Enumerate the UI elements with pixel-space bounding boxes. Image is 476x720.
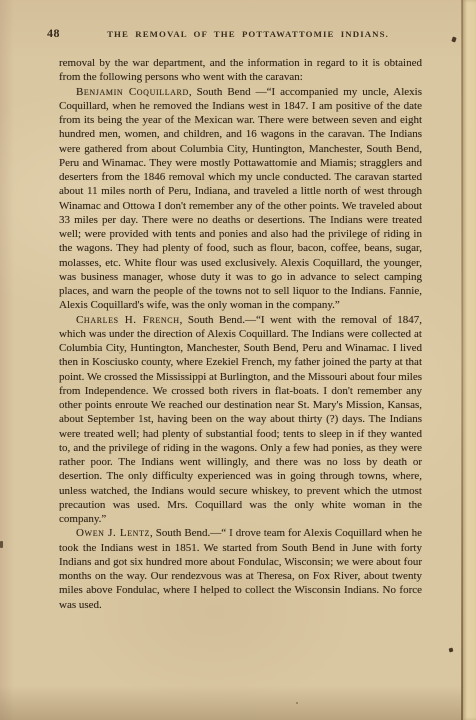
- running-title: THE REMOVAL OF THE POTTAWATTOMIE INDIANS…: [90, 29, 406, 39]
- speaker-name: Owen J. Lentz: [76, 527, 150, 539]
- scan-speck: [296, 702, 298, 704]
- page-edge-margin: [462, 0, 476, 720]
- paragraph-intro: removal by the war department, and the i…: [59, 56, 422, 85]
- page-number: 48: [47, 26, 60, 41]
- speaker-name: Charles H. French: [76, 314, 180, 326]
- scanned-book-page: 48 THE REMOVAL OF THE POTTAWATTOMIE INDI…: [0, 0, 476, 720]
- speaker-name: Benjamin Coquillard: [76, 86, 189, 98]
- testimony-text: , South Bend.—“I went with the removal o…: [59, 314, 422, 526]
- page-body: removal by the war department, and the i…: [59, 56, 422, 612]
- testimony-paragraph-coquillard: Benjamin Coquillard, South Bend —“I acco…: [59, 85, 422, 313]
- testimony-paragraph-french: Charles H. French, South Bend.—“I went w…: [59, 313, 422, 527]
- paper-shading-bottom: [0, 686, 476, 720]
- testimony-paragraph-lentz: Owen J. Lentz, South Bend.—“ I drove tea…: [59, 526, 422, 612]
- page-edge-line: [461, 0, 463, 720]
- scan-speck: [0, 541, 3, 548]
- testimony-text: , South Bend —“I accompanied my uncle, A…: [59, 86, 422, 312]
- testimony-text: , South Bend.—“ I drove team for Alexis …: [59, 527, 422, 610]
